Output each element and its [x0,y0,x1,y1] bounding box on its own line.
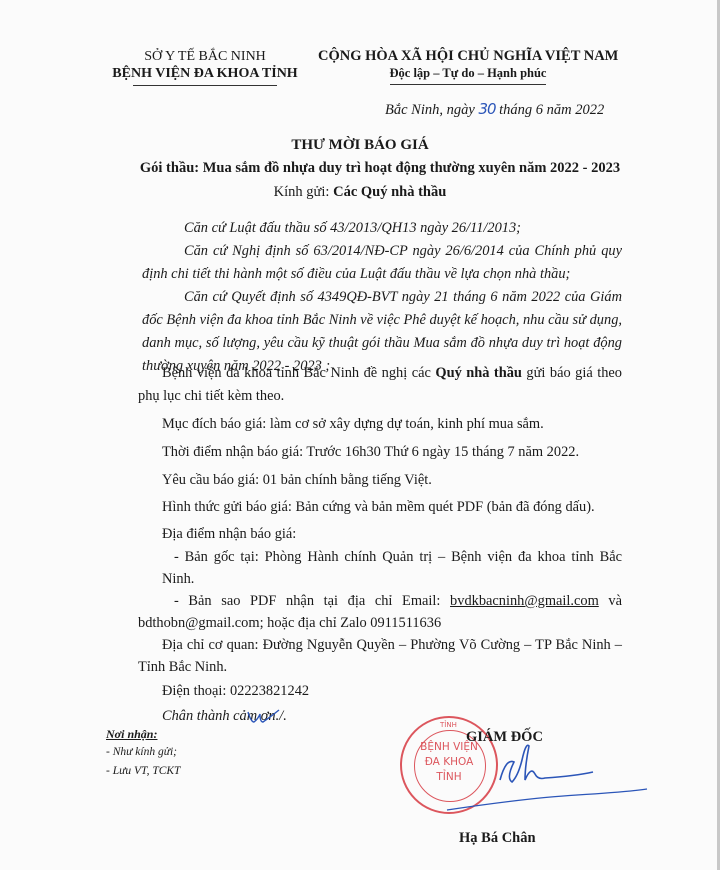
handwritten-signature-icon [0,0,720,870]
